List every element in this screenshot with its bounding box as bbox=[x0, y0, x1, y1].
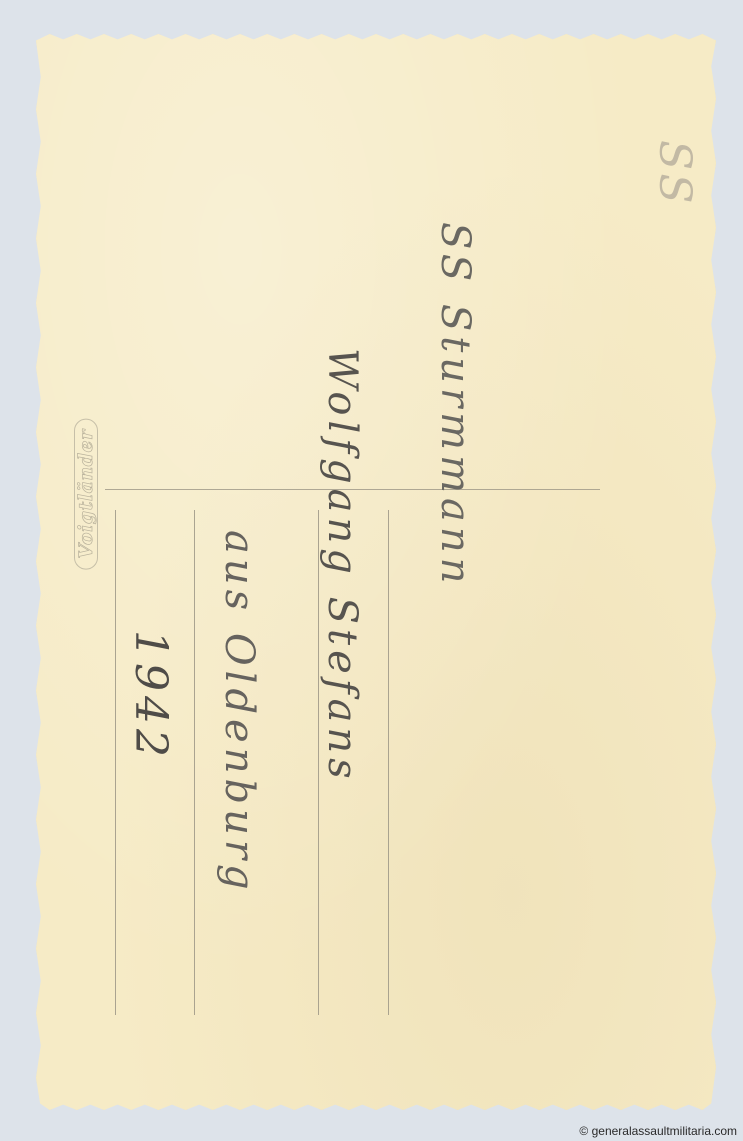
address-line bbox=[115, 510, 116, 1015]
handwriting-year: 1942 bbox=[125, 630, 176, 762]
address-line bbox=[194, 510, 195, 1015]
brand-imprint: Voigtländer bbox=[74, 418, 98, 569]
handwriting-rank: SS Sturmmann bbox=[432, 222, 478, 588]
handwriting-name: Wolfgang Stefans bbox=[319, 348, 365, 784]
postcard-back bbox=[36, 34, 716, 1110]
handwriting-corner-mark: SS bbox=[649, 140, 700, 208]
copyright-watermark: © generalassaultmilitaria.com bbox=[579, 1124, 737, 1138]
address-line bbox=[388, 510, 389, 1015]
handwriting-origin: aus Oldenburg bbox=[216, 530, 262, 895]
